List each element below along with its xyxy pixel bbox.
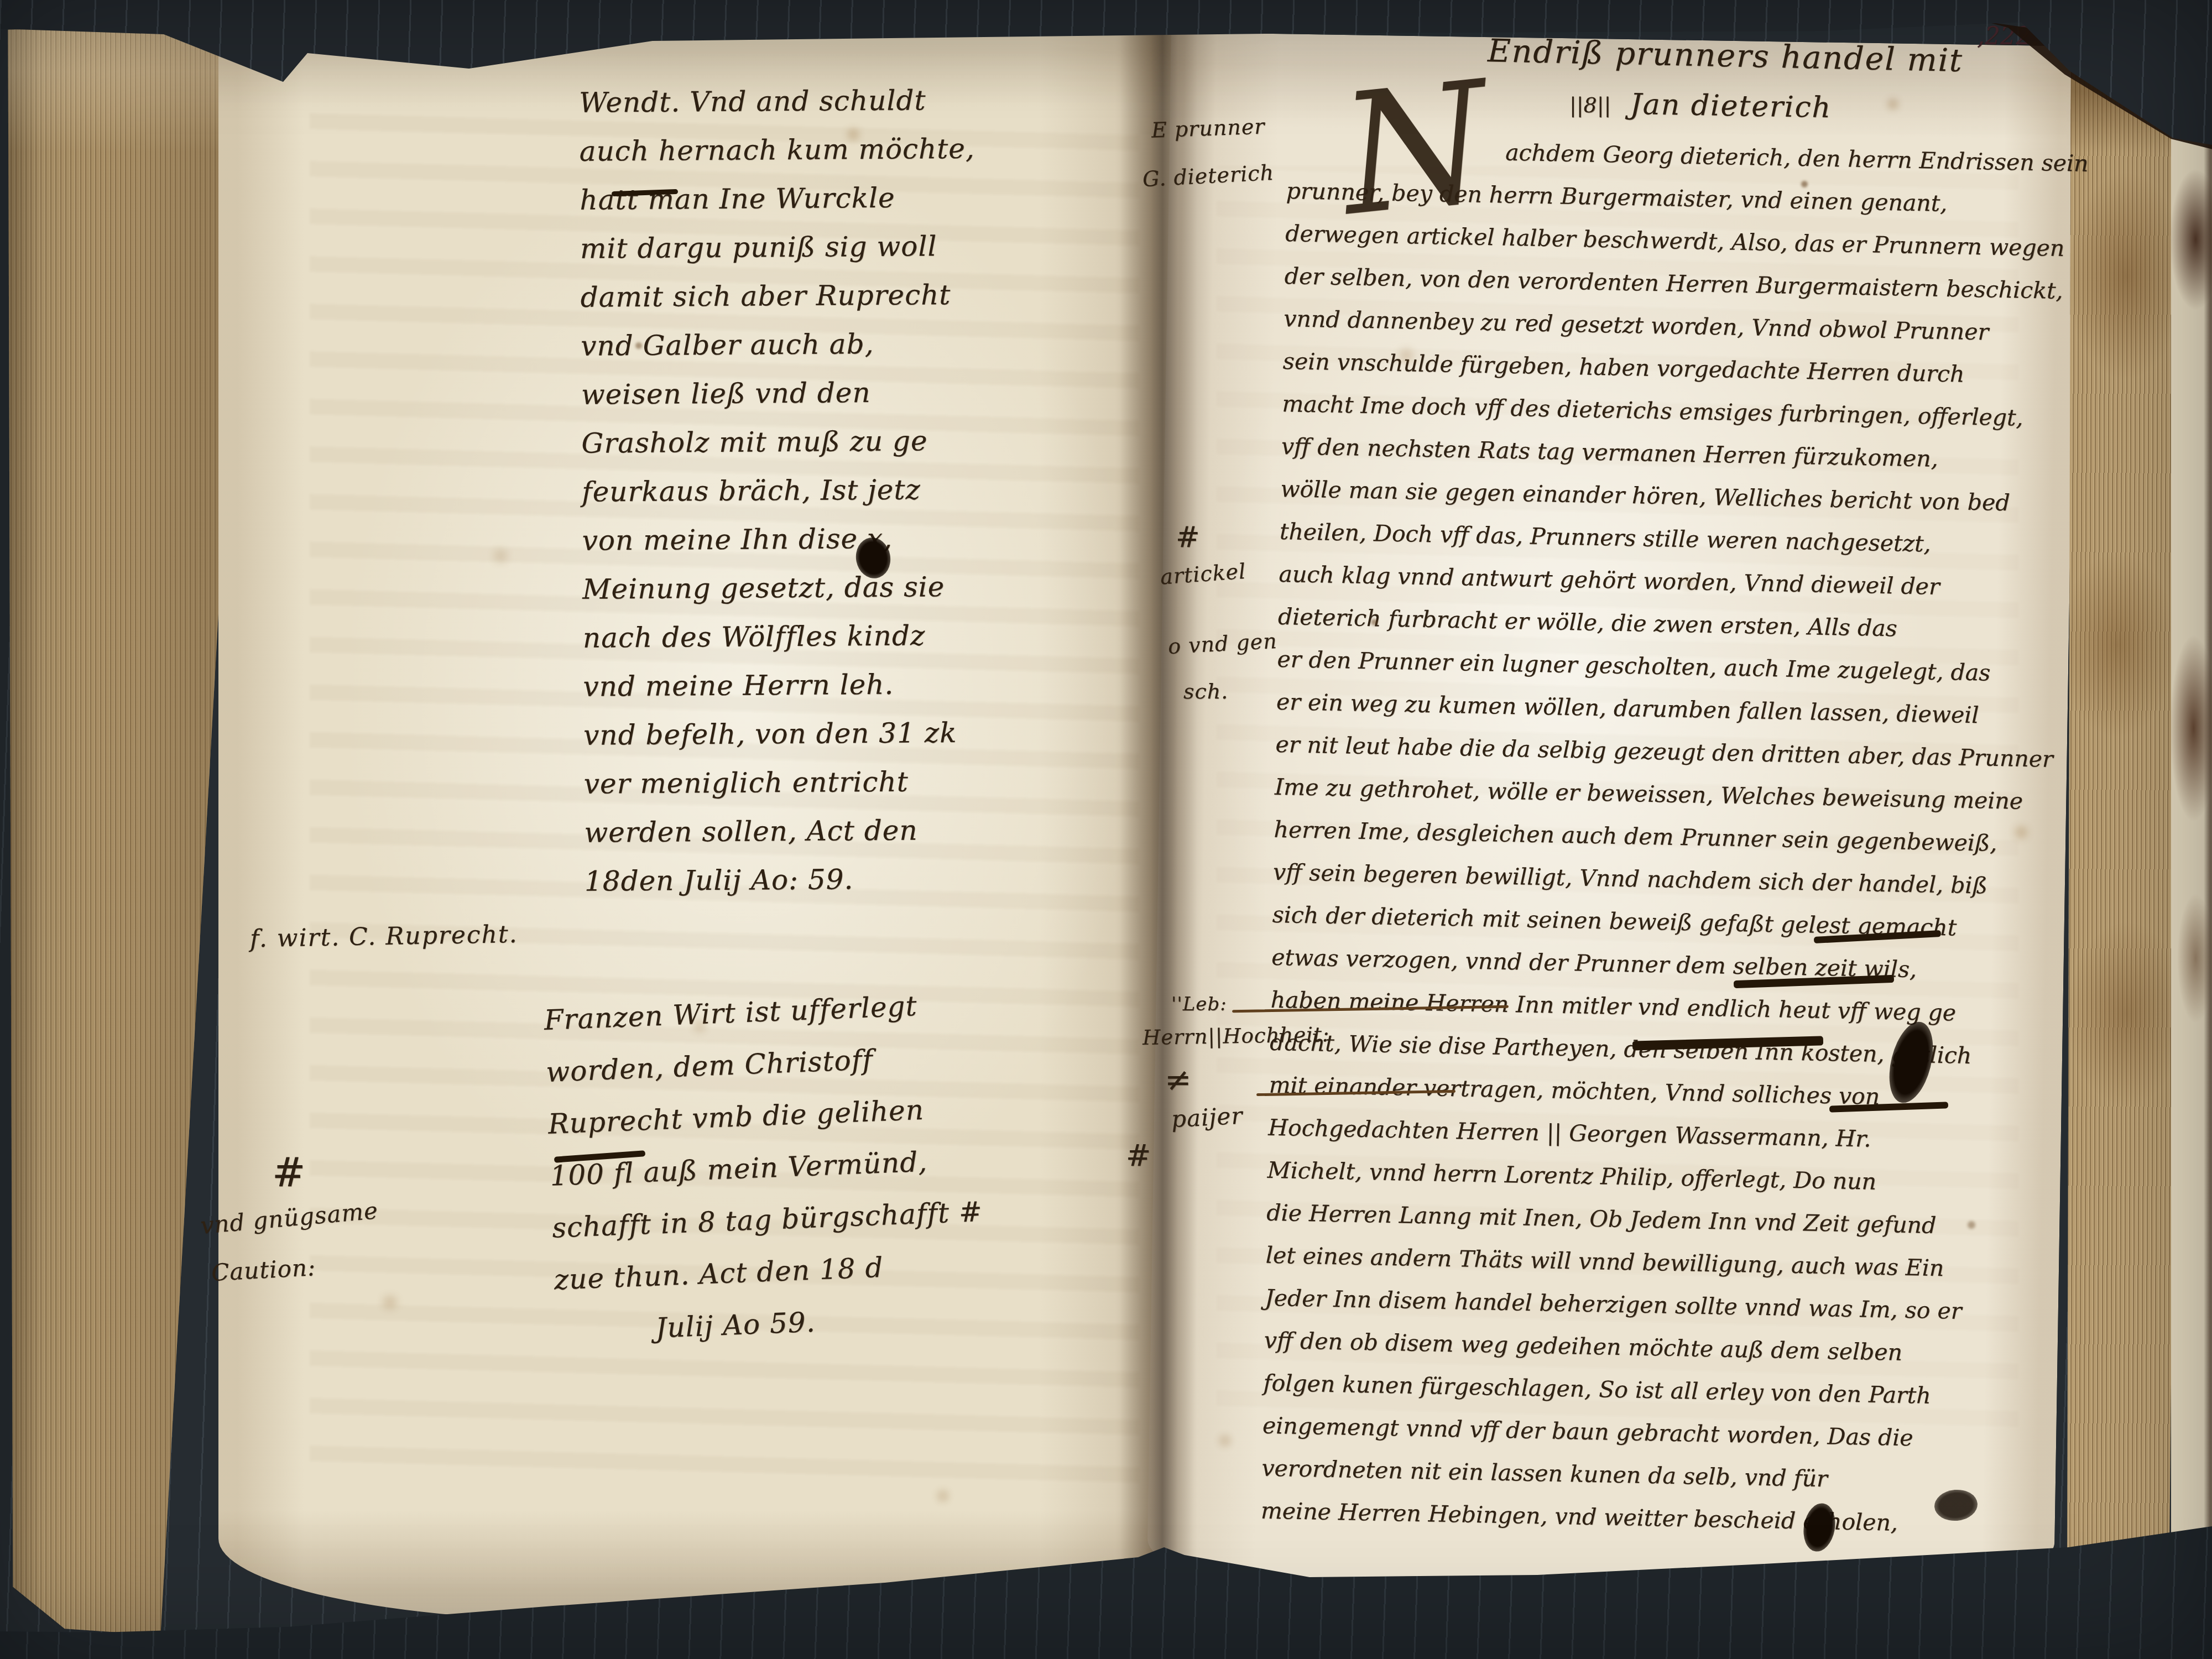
right-page-body: achdem Georg dieterich, den herrn Endris… (1260, 127, 2062, 1547)
manuscript-line: Wendt. Vnd and schuldt (579, 74, 1160, 127)
manuscript-line: werden sollen, Act den (584, 804, 1165, 857)
manuscript-line: feurkaus bräch, Ist jetz (582, 463, 1163, 516)
margin-note-plaintiff: E prunner (1151, 114, 1265, 142)
margin-note-leb: ''Leb: (1171, 993, 1227, 1015)
margin-note-caution-mark: # (272, 1149, 306, 1196)
margin-note-ruprecht: f. wirt. C. Ruprecht. (250, 920, 518, 953)
manuscript-line: nach des Wölffles kindz (583, 609, 1164, 662)
right-page-stack-fore-edge (2060, 60, 2184, 1598)
margin-note-caution-2: Caution: (211, 1254, 316, 1286)
manuscript-line: damit sich aber Ruprecht (580, 269, 1161, 321)
manuscript-photo: ,222. Endriß prunners handel mit Jan die… (0, 0, 2212, 1659)
margin-note-gesch-2: sch. (1183, 679, 1228, 703)
left-page-block-2: Franzen Wirt ist ufferlegt worden, dem C… (543, 971, 1176, 1358)
manuscript-line: ver meniglich entricht (583, 755, 1165, 808)
manuscript-line: vnd meine Herrn leh. (583, 658, 1164, 711)
manuscript-line: 18den Julij Ao: 59. (585, 853, 1166, 905)
margin-note-artickel-mark: # (1176, 521, 1201, 554)
margin-note-paijer: paijer (1171, 1102, 1244, 1133)
back-page-edge (2171, 124, 2212, 1562)
manuscript-line: auch hernach kum möchte, (579, 123, 1160, 175)
margin-note-nequal-mark: ≠ (1165, 1061, 1192, 1098)
manuscript-line: vnd befelh, von den 31 zk (583, 707, 1165, 759)
manuscript-line: vnd Galber auch ab, (581, 317, 1162, 370)
manuscript-line: mit dargu puniß sig woll (580, 220, 1161, 273)
left-page-stack-fore-edge (6, 23, 252, 1635)
manuscript-line: hatt man Ine Wurckle (580, 171, 1161, 224)
manuscript-line: weisen ließ vnd den (581, 366, 1162, 419)
insertion-mark: ||8|| (1569, 93, 1611, 117)
left-page-block-1: Wendt. Vnd and schuldt auch hernach kum … (579, 74, 1165, 905)
manuscript-line: Grasholz mit muß zu ge (581, 415, 1162, 467)
